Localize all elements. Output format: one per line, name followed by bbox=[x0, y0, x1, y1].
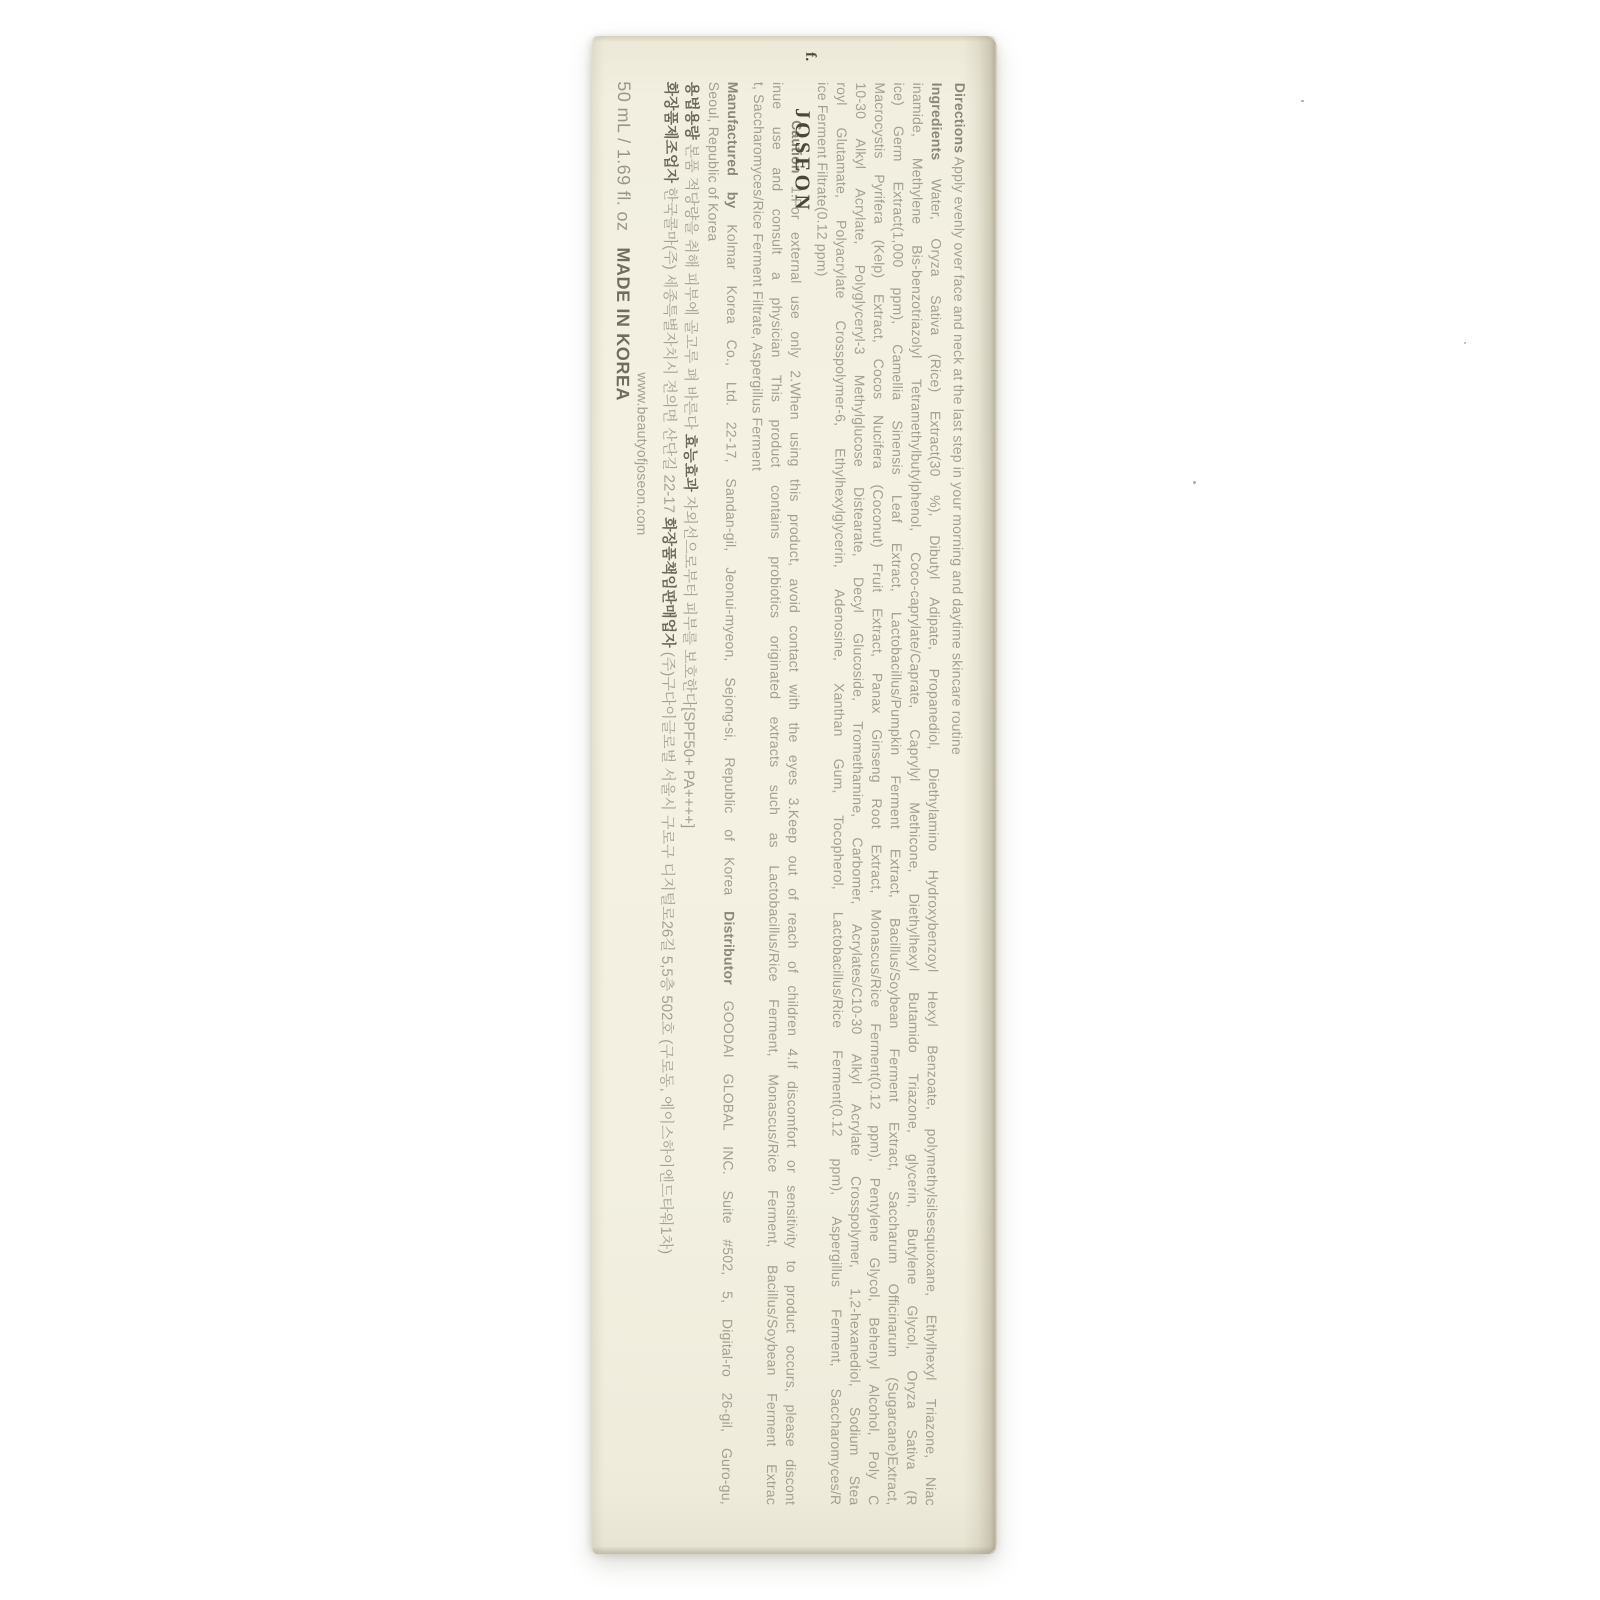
directions-line: Directions Apply evenly over face and ne… bbox=[944, 83, 969, 1506]
box-top-edge-shadow bbox=[592, 36, 997, 42]
korean-manufacturer-label: 화장품제조업자 bbox=[662, 82, 679, 184]
box-bottom-edge-shadow bbox=[592, 1546, 997, 1554]
manufactured-by-label: Manufactured by bbox=[725, 82, 742, 209]
dust-speck bbox=[1301, 100, 1304, 102]
made-in-korea-text: MADE IN KOREA bbox=[613, 247, 634, 401]
dust-speck bbox=[1193, 481, 1196, 484]
directions-label: Directions bbox=[952, 83, 968, 154]
ingredients-label: Ingredients bbox=[929, 83, 945, 161]
efficacy-text: 자외선으로부터 피부를 보호한다[SPF50+ PA++++] bbox=[680, 496, 698, 828]
distributor-address: GOODAI GLOBAL INC. Suite #502, 5, Digita… bbox=[719, 1001, 737, 1505]
manufacturer-address: Kolmar Korea Co., Ltd. 22-17, Sandan-gil… bbox=[722, 224, 741, 895]
volume-line: 50 mL / 1.69 fl. ozMADE IN KOREA bbox=[613, 81, 633, 401]
brand-logo-mark: f. bbox=[800, 52, 819, 61]
korean-manufacturer-line: 화장품제조업자 한국콜마(주) 세종특별자치시 전의면 산단길 22-17 화장… bbox=[656, 81, 680, 1254]
korean-manufacturer-text: 한국콜마(주) 세종특별자치시 전의면 산단길 22-17 bbox=[660, 187, 678, 513]
brand-logo-wordmark: JOSEON bbox=[792, 108, 811, 213]
korean-seller-text: (주)구다이글로벌 서울시 구로구 디지털로26길 5,5층 502호 (구로동… bbox=[657, 652, 677, 1254]
product-photo: Directions Apply evenly over face and ne… bbox=[0, 0, 1600, 1600]
volume-text: 50 mL / 1.69 fl. oz bbox=[613, 81, 634, 231]
box-printed-face: Directions Apply evenly over face and ne… bbox=[578, 59, 972, 1511]
dust-speck bbox=[1464, 342, 1466, 344]
usage-label: 용법용량 bbox=[683, 82, 700, 140]
korean-seller-label: 화장품책임판매업자 bbox=[660, 517, 678, 647]
distributor-label: Distributor bbox=[721, 911, 737, 985]
efficacy-label: 효능효과 bbox=[681, 434, 698, 492]
website-url: www.beautyofjoseon.com bbox=[632, 372, 652, 535]
usage-text: 본품 적당량을 취해 피부에 골고루 펴 바른다 bbox=[682, 144, 700, 430]
korean-usage-line: 용법용량 본품 적당량을 취해 피부에 골고루 펴 바른다 효능효과 자외선으로… bbox=[679, 82, 701, 829]
directions-text: Apply evenly over face and neck at the l… bbox=[949, 157, 968, 755]
caution-text: 1.For external use only 2.When using thi… bbox=[783, 186, 805, 1505]
ingredients-text: Water, Oryza Sativa (Rice) Extract(30 %)… bbox=[923, 179, 945, 1506]
